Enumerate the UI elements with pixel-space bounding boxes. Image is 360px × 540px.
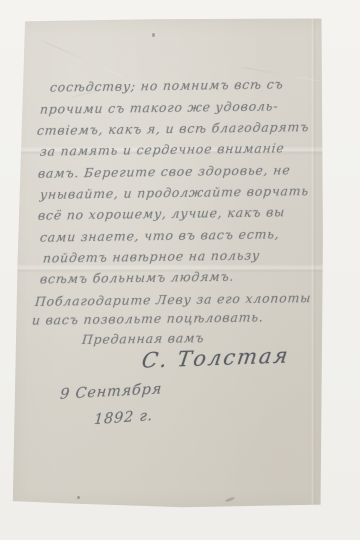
letter-paper: сосѣдству; но помнимъ всѣ съ прочими съ …: [10, 18, 324, 508]
handwritten-line: всё по хорошему, лучше, какъ вы: [37, 204, 286, 222]
paper-speck: [152, 33, 155, 37]
handwritten-line: за память и сердечное вниманіе: [39, 140, 285, 158]
handwritten-line: ствіемъ, какъ я, и всѣ благодарятъ: [36, 119, 310, 138]
handwritten-line: вамъ. Берегите свое здоровье, не: [37, 162, 291, 181]
paper-speck: [225, 496, 235, 502]
handwritten-line: сами знаете, что въ васъ есть,: [39, 226, 280, 244]
handwritten-line: унывайте, и продолжайте ворчать: [39, 183, 309, 202]
vertical-fold-crease: [311, 18, 316, 508]
paper-speck: [77, 496, 80, 499]
handwritten-line: и васъ позвольте поцѣловать.: [31, 309, 264, 327]
handwritten-line: Поблагодарите Леву за его хлопоты: [34, 290, 312, 309]
date-year: 1892 г.: [94, 408, 154, 428]
handwritten-line: сосѣдству; но помнимъ всѣ съ: [49, 76, 284, 94]
handwritten-line: пойдетъ навѣрное на пользу: [42, 247, 260, 265]
photograph-of-letter: сосѣдству; но помнимъ всѣ съ прочими съ …: [0, 0, 360, 540]
signature: С. Толстая: [140, 343, 291, 372]
handwritten-line: прочими съ такого же удоволь-: [39, 98, 279, 116]
closing-line: Преданная вамъ: [81, 330, 205, 347]
handwritten-line: всѣмъ больнымъ людямъ.: [39, 269, 235, 287]
paper-crinkle: [41, 40, 124, 78]
date-day-month: 9 Сентября: [59, 381, 162, 402]
